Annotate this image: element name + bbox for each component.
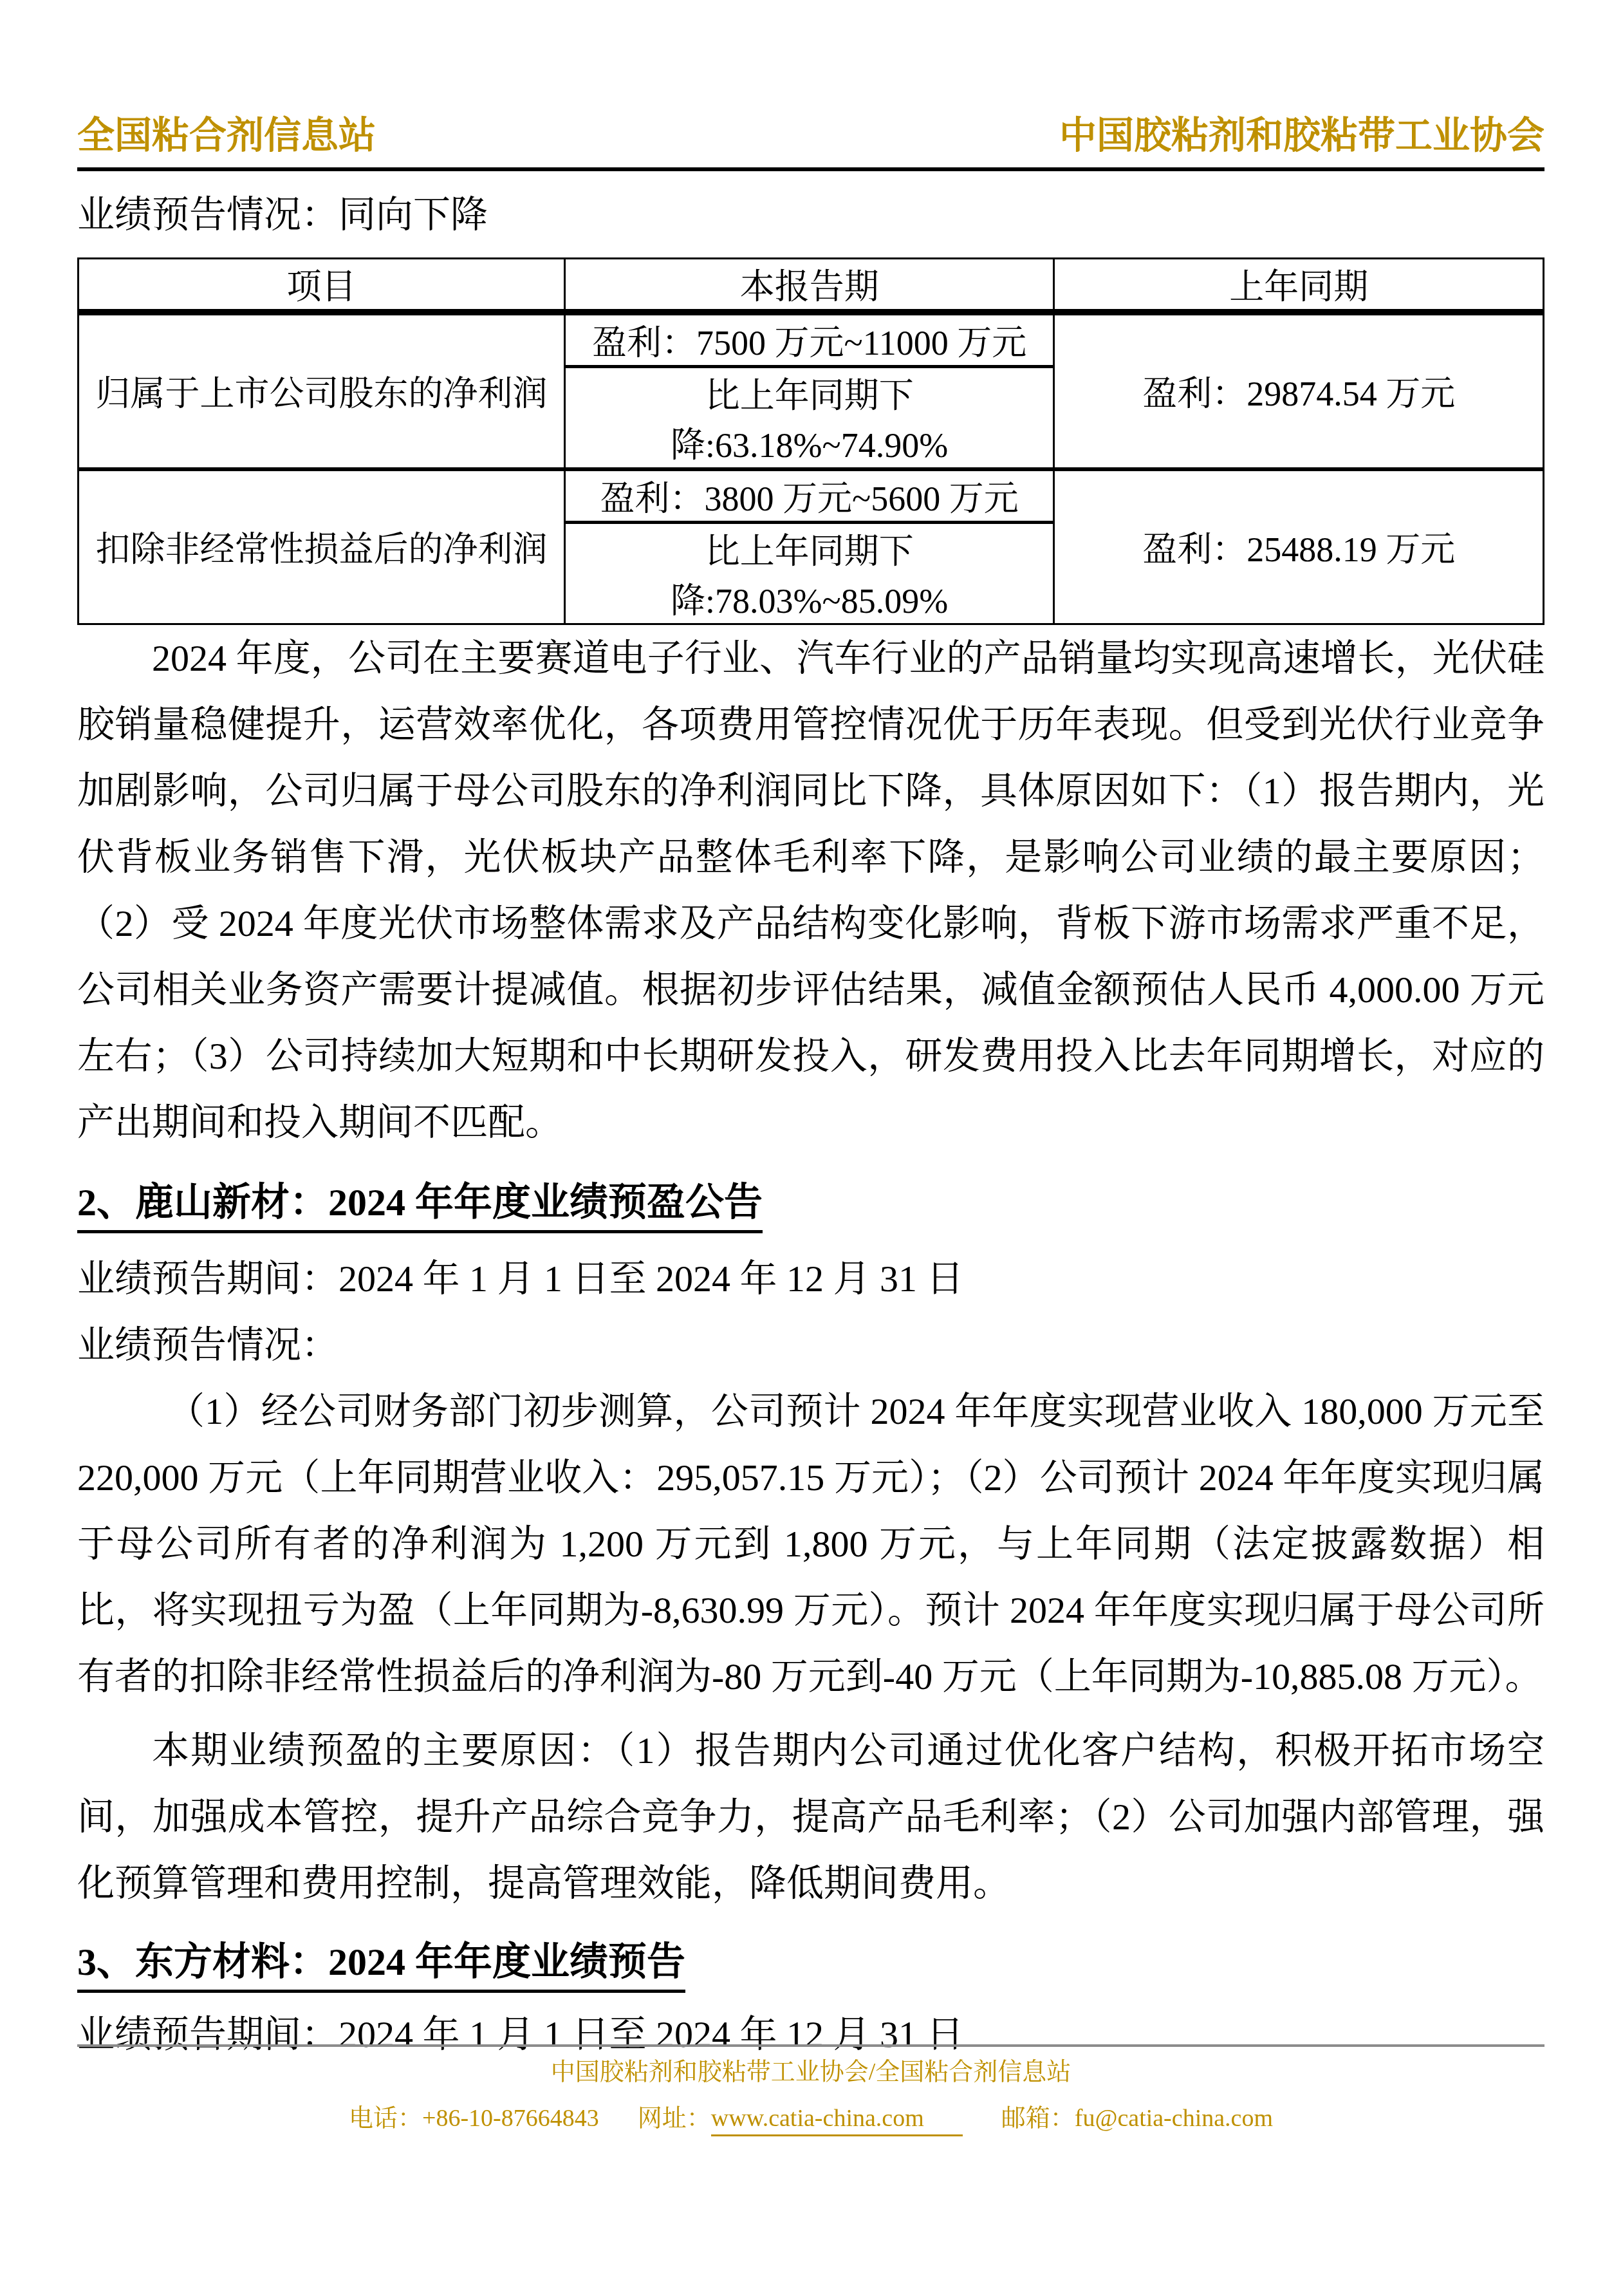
- phone-value: +86-10-87664843: [422, 2105, 599, 2132]
- section-heading-underline-text: 3、东方材料：2024 年年度业绩预告: [77, 1941, 685, 1993]
- page-header: 全国粘合剂信息站 中国胶粘剂和胶粘带工业协会: [77, 0, 1544, 171]
- footer-email-group: 邮箱：fu@catia-china.com: [1001, 2105, 1273, 2132]
- footer-website-group: 网址：www.catia-china.com: [638, 2105, 963, 2132]
- email-value: fu@catia-china.com: [1075, 2105, 1273, 2132]
- section-heading-lushan: 2、鹿山新材：2024 年年度业绩预盈公告: [77, 1176, 1544, 1229]
- phone-label: 电话：: [349, 2105, 422, 2132]
- section-heading-dongfang: 3、东方材料：2024 年年度业绩预告: [77, 1936, 1544, 1988]
- body-paragraph-reasons: 2024 年度，公司在主要赛道电子行业、汽车行业的产品销量均实现高速增长，光伏硅…: [77, 625, 1544, 1155]
- forecast-situation-line: 业绩预告情况：: [77, 1312, 1544, 1378]
- table-cell-prior-profit: 盈利：25488.19 万元: [1054, 469, 1544, 624]
- performance-forecast-table: 项目 本报告期 上年同期 归属于上市公司股东的净利润 盈利：7500 万元~11…: [77, 257, 1544, 625]
- col-header-prior-period: 上年同期: [1054, 258, 1544, 312]
- footer-divider-line: [77, 2044, 1544, 2047]
- col-header-item: 项目: [79, 258, 565, 312]
- section-heading-underline-text: 2、鹿山新材：2024 年年度业绩预盈公告: [77, 1181, 763, 1233]
- header-left-title: 全国粘合剂信息站: [77, 113, 376, 158]
- col-header-current-period: 本报告期: [564, 258, 1054, 312]
- email-label: 邮箱：: [1001, 2105, 1075, 2132]
- table-cell-current-profit: 盈利：7500 万元~11000 万元: [564, 312, 1054, 367]
- body-paragraph-lushan-reasons: 本期业绩预盈的主要原因：（1）报告期内公司通过优化客户结构，积极开拓市场空间，加…: [77, 1717, 1544, 1916]
- table-header-row: 项目 本报告期 上年同期: [79, 258, 1544, 312]
- body-paragraph-lushan-forecast: （1）经公司财务部门初步测算，公司预计 2024 年年度实现营业收入 180,0…: [77, 1378, 1544, 1710]
- page-footer: 中国胶粘剂和胶粘带工业协会/全国粘合剂信息站 电话：+86-10-8766484…: [77, 2044, 1544, 2133]
- forecast-period-line: 业绩预告期间：2024 年 1 月 1 日至 2024 年 12 月 31 日: [77, 1246, 1544, 1312]
- table-cell-current-profit: 盈利：3800 万元~5600 万元: [564, 469, 1054, 523]
- table-cell-item: 归属于上市公司股东的净利润: [79, 312, 565, 469]
- table-cell-prior-profit: 盈利：29874.54 万元: [1054, 312, 1544, 469]
- table-cell-current-change: 比上年同期下降:78.03%~85.09%: [564, 522, 1054, 624]
- header-right-title: 中国胶粘剂和胶粘带工业协会: [1059, 113, 1544, 158]
- forecast-summary-line: 业绩预告情况：同向下降: [77, 194, 1544, 236]
- table-row: 归属于上市公司股东的净利润 盈利：7500 万元~11000 万元 盈利：298…: [79, 312, 1544, 367]
- table-row: 扣除非经常性损益后的净利润 盈利：3800 万元~5600 万元 盈利：2548…: [79, 469, 1544, 523]
- footer-contact-line: 电话：+86-10-87664843网址：www.catia-china.com…: [77, 2104, 1544, 2133]
- document-page: 全国粘合剂信息站 中国胶粘剂和胶粘带工业协会 业绩预告情况：同向下降 项目 本报…: [0, 0, 1623, 2296]
- footer-organization-line: 中国胶粘剂和胶粘带工业协会/全国粘合剂信息站: [77, 2057, 1544, 2087]
- footer-phone-group: 电话：+86-10-87664843: [349, 2105, 599, 2132]
- table-cell-item: 扣除非经常性损益后的净利润: [79, 469, 565, 624]
- website-link[interactable]: www.catia-china.com: [711, 2105, 963, 2136]
- table-cell-current-change: 比上年同期下降:63.18%~74.90%: [564, 366, 1054, 469]
- website-label: 网址：: [638, 2105, 711, 2132]
- page-content: 全国粘合剂信息站 中国胶粘剂和胶粘带工业协会 业绩预告情况：同向下降 项目 本报…: [77, 0, 1544, 2067]
